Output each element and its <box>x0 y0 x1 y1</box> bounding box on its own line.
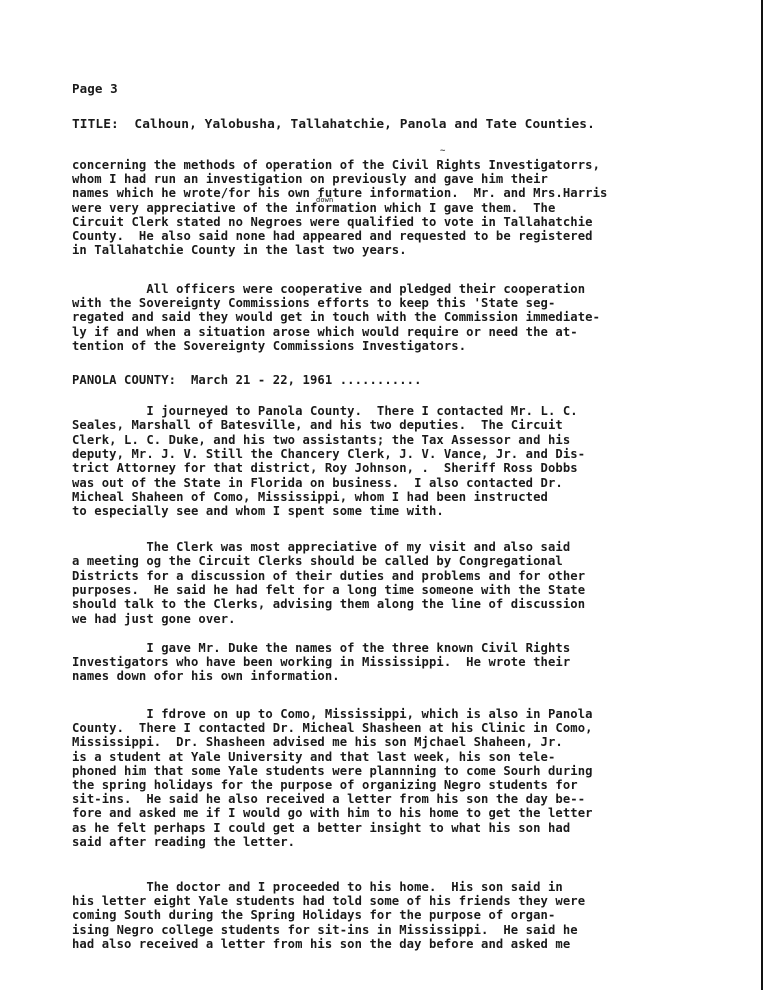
text-line: phoned him that some Yale students were … <box>72 764 593 778</box>
text-line: had also received a letter from his son … <box>72 937 570 951</box>
text-line: Districts for a discussion of their duti… <box>72 569 585 583</box>
text-line: ly if and when a situation arose which w… <box>72 325 578 339</box>
text-line: his letter eight Yale students had told … <box>72 894 585 908</box>
text-line: I fdrove on up to Como, Mississippi, whi… <box>72 707 593 721</box>
text-line: I gave Mr. Duke the names of the three k… <box>72 641 570 655</box>
text-line: tention of the Sovereignty Commissions I… <box>72 339 466 353</box>
text-line: we had just gone over. <box>72 612 236 626</box>
text-line: ising Negro college students for sit-ins… <box>72 923 578 937</box>
document-title: TITLE: Calhoun, Yalobusha, Tallahatchie,… <box>72 118 595 132</box>
text-line: said after reading the letter. <box>72 835 295 849</box>
text-line: trict Attorney for that district, Roy Jo… <box>72 461 578 475</box>
text-line: fore and asked me if I would go with him… <box>72 806 593 820</box>
text-line: All officers were cooperative and pledge… <box>72 282 585 296</box>
text-line: Circuit Clerk stated no Negroes were qua… <box>72 215 593 229</box>
document-page: Page 3 TITLE: Calhoun, Yalobusha, Tallah… <box>0 0 763 990</box>
text-line: names down ofor his own information. <box>72 669 340 683</box>
text-line: were very appreciative of the informatio… <box>72 201 555 215</box>
text-line: Clerk, L. C. Duke, and his two assistant… <box>72 433 570 447</box>
text-line: County. There I contacted Dr. Micheal Sh… <box>72 721 593 735</box>
text-line: regated and said they would get in touch… <box>72 310 600 324</box>
text-line: coming South during the Spring Holidays … <box>72 908 555 922</box>
stray-mark: ~ <box>440 146 446 156</box>
text-line: concerning the methods of operation of t… <box>72 158 600 172</box>
text-line: The Clerk was most appreciative of my vi… <box>72 540 570 554</box>
text-line: Investigators who have been working in M… <box>72 655 570 669</box>
text-line: as he felt perhaps I could get a better … <box>72 821 570 835</box>
text-line: should talk to the Clerks, advising them… <box>72 597 585 611</box>
text-line: is a student at Yale University and that… <box>72 750 555 764</box>
text-line: sit-ins. He said he also received a lett… <box>72 792 585 806</box>
text-line: Seales, Marshall of Batesville, and his … <box>72 418 563 432</box>
text-line: to especially see and whom I spent some … <box>72 504 444 518</box>
text-line: a meeting og the Circuit Clerks should b… <box>72 554 563 568</box>
text-line: in Tallahatchie County in the last two y… <box>72 243 407 257</box>
text-line: the spring holidays for the purpose of o… <box>72 778 578 792</box>
text-line: was out of the State in Florida on busin… <box>72 476 563 490</box>
text-line: The doctor and I proceeded to his home. … <box>72 880 563 894</box>
text-line: Micheal Shaheen of Como, Mississippi, wh… <box>72 490 548 504</box>
text-line: names which he wrote/for his own future … <box>72 186 608 200</box>
text-line: I journeyed to Panola County. There I co… <box>72 404 578 418</box>
text-line: County. He also said none had appeared a… <box>72 229 593 243</box>
text-line: deputy, Mr. J. V. Still the Chancery Cle… <box>72 447 585 461</box>
text-line: purposes. He said he had felt for a long… <box>72 583 585 597</box>
page-number: Page 3 <box>72 82 118 96</box>
text-line: Mississippi. Dr. Shasheen advised me his… <box>72 735 563 749</box>
text-line: PANOLA COUNTY: March 21 - 22, 1961 .....… <box>72 373 422 387</box>
text-line: whom I had run an investigation on previ… <box>72 172 548 186</box>
text-line: with the Sovereignty Commissions efforts… <box>72 296 555 310</box>
